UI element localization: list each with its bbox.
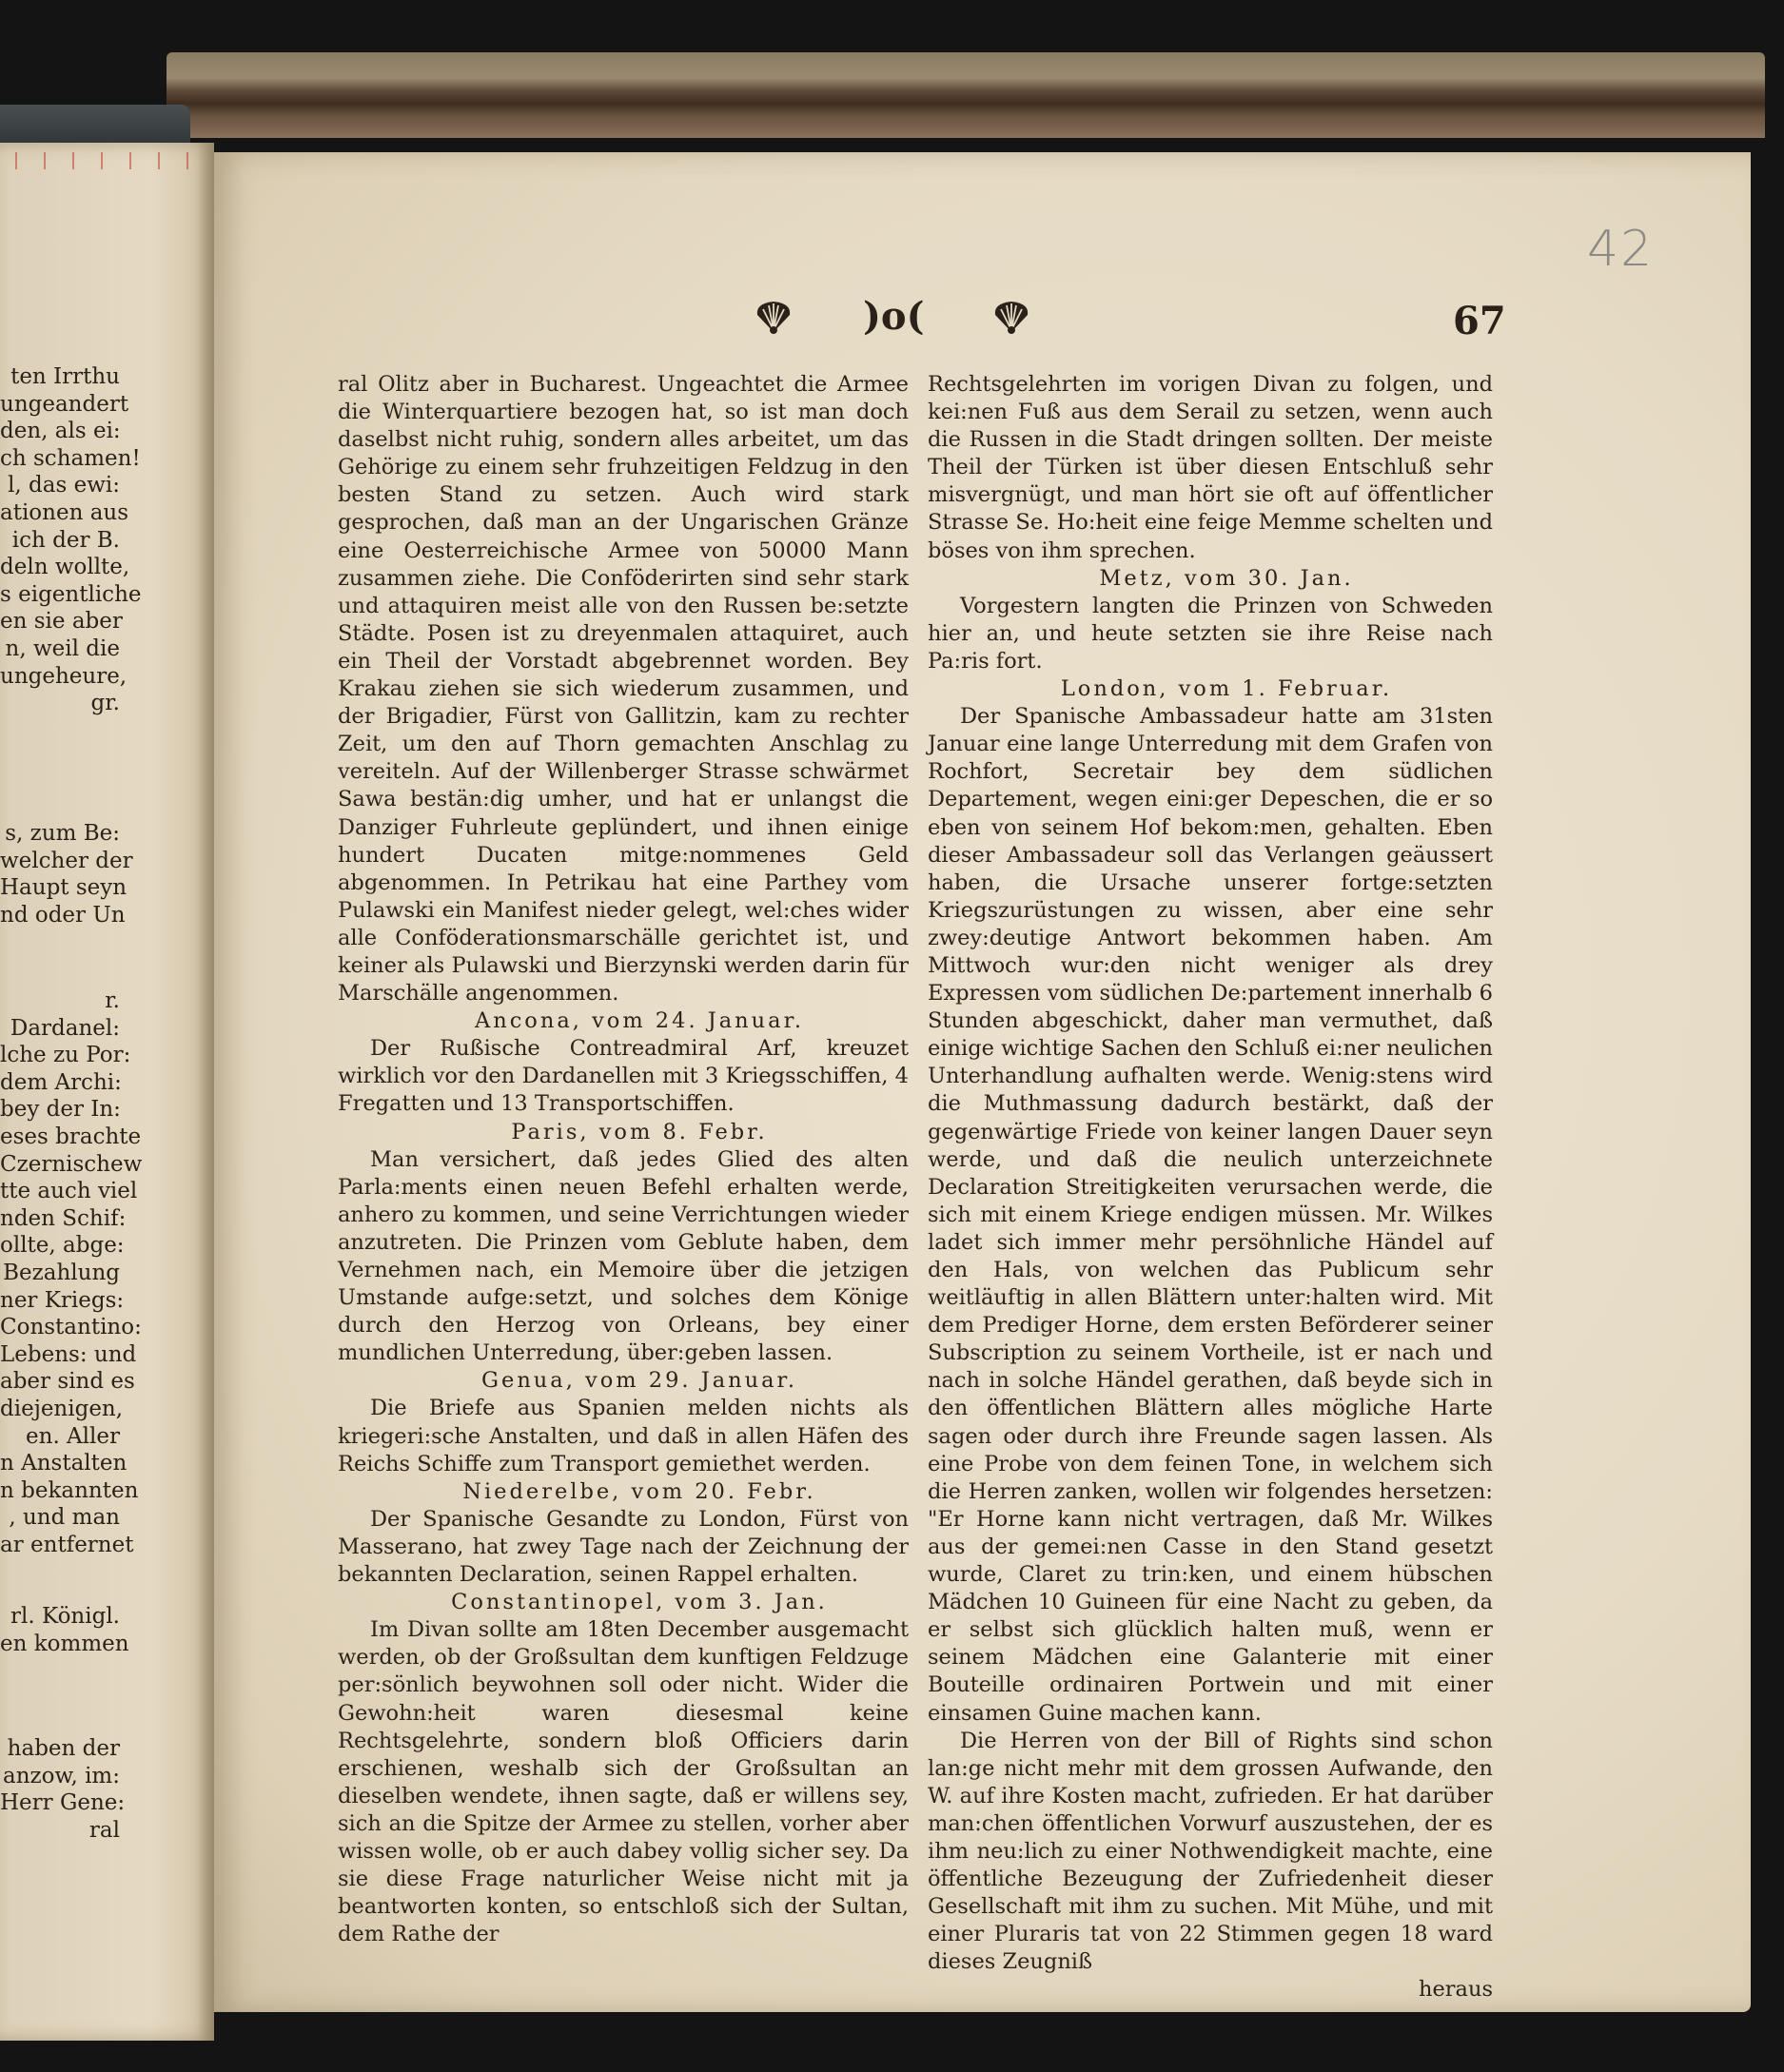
- news-paragraph: Der Spanische Gesandte zu London, Fürst …: [338, 1506, 909, 1589]
- news-paragraph: Vorgestern langten die Prinzen von Schwe…: [928, 593, 1493, 675]
- left-page-block-4: rl. Königl.en kommen: [0, 1603, 120, 1657]
- dateline-heading: Ancona, vom 24. Januar.: [338, 1007, 909, 1035]
- fragment-line: s eigentliche: [0, 581, 120, 609]
- fragment-line: lche zu Por:: [0, 1042, 120, 1069]
- fragment-line: welcher der: [0, 848, 120, 875]
- fragment-line: en kommen: [0, 1631, 120, 1658]
- fragment-line: Constantino:: [0, 1314, 120, 1341]
- fragment-line: Herr Gene:: [0, 1789, 120, 1817]
- fragment-line: en. Aller: [0, 1423, 120, 1451]
- fragment-line: ar entfernet: [0, 1532, 120, 1559]
- fragment-line: nd oder Un: [0, 902, 120, 929]
- dateline-heading: Metz, vom 30. Jan.: [928, 565, 1493, 593]
- dateline-heading: Genua, vom 29. Januar.: [338, 1367, 909, 1395]
- fragment-line: nden Schif:: [0, 1205, 120, 1233]
- fragment-line: bey der In:: [0, 1096, 120, 1124]
- news-paragraph: ral Olitz aber in Bucharest. Ungeachtet …: [338, 371, 909, 1007]
- fragment-line: eses brachte: [0, 1124, 120, 1151]
- fragment-line: haben der: [0, 1735, 120, 1763]
- fragment-line: ungeandert: [0, 391, 120, 419]
- fragment-line: ationen aus: [0, 499, 120, 527]
- left-page-block-1: ten Irrthuungeandertden, als ei:ch scham…: [0, 363, 120, 717]
- shell-ornament-icon: [752, 298, 795, 342]
- news-paragraph: Der Spanische Ambassadeur hatte am 31ste…: [928, 703, 1493, 1727]
- fragment-line: n, weil die: [0, 635, 120, 663]
- left-page-block-2: s, zum Be:welcher derHaupt seynnd oder U…: [0, 820, 120, 928]
- fragment-line: ich der B.: [0, 527, 120, 555]
- fragment-line: ner Kriegs:: [0, 1287, 120, 1315]
- dateline-heading: Constantinopel, vom 3. Jan.: [338, 1589, 909, 1616]
- fragment-line: deln wollte,: [0, 554, 120, 581]
- fragment-line: dem Archi:: [0, 1069, 120, 1097]
- fragment-line: n Anstalten: [0, 1450, 120, 1477]
- pencil-shelfmark: 42: [1587, 221, 1654, 278]
- left-page-block-5: haben deranzow, im:Herr Gene:ral: [0, 1735, 120, 1844]
- left-page-block-3: r.Dardanel:lche zu Por:dem Archi:bey der…: [0, 987, 120, 1558]
- fragment-line: Bezahlung: [0, 1260, 120, 1287]
- book-page-edges: [167, 52, 1765, 138]
- fragment-line: den, als ei:: [0, 418, 120, 445]
- page-number: 67: [1453, 299, 1506, 343]
- shell-ornament-icon: [990, 298, 1033, 342]
- dateline-heading: Paris, vom 8. Febr.: [338, 1119, 909, 1146]
- news-paragraph: Die Herren von der Bill of Rights sind s…: [928, 1728, 1493, 1977]
- fragment-line: aber sind es: [0, 1368, 120, 1396]
- fragment-line: l, das ewi:: [0, 472, 120, 499]
- fragment-line: ral: [0, 1817, 120, 1845]
- dateline-heading: London, vom 1. Februar.: [928, 675, 1493, 703]
- news-paragraph: Man versichert, daß jedes Glied des alte…: [338, 1146, 909, 1368]
- left-text-column: ral Olitz aber in Bucharest. Ungeachtet …: [338, 371, 909, 1948]
- fragment-line: , und man: [0, 1504, 120, 1532]
- fragment-line: Czernischew: [0, 1151, 120, 1179]
- fragment-line: Haupt seyn: [0, 874, 120, 902]
- fragment-line: anzow, im:: [0, 1763, 120, 1790]
- left-page-fragment: ten Irrthuungeandertden, als ei:ch scham…: [0, 143, 214, 2041]
- news-paragraph: Rechtsgelehrten im vorigen Divan zu folg…: [928, 371, 1493, 565]
- right-text-column: Rechtsgelehrten im vorigen Divan zu folg…: [928, 371, 1493, 2004]
- fragment-line: diejenigen,: [0, 1396, 120, 1423]
- catchword: heraus: [928, 1976, 1493, 2004]
- fragment-line: ungeheure,: [0, 663, 120, 691]
- red-sprinkled-edge: [0, 152, 214, 169]
- fragment-line: ch schamen!: [0, 445, 120, 473]
- fragment-line: n bekannten: [0, 1477, 120, 1505]
- news-paragraph: Die Briefe aus Spanien melden nichts als…: [338, 1395, 909, 1477]
- fragment-line: r.: [0, 987, 120, 1015]
- fragment-line: tte auch viel: [0, 1178, 120, 1205]
- fragment-line: Dardanel:: [0, 1015, 120, 1043]
- fragment-line: ten Irrthu: [0, 363, 120, 391]
- news-paragraph: Der Rußische Contreadmiral Arf, kreuzet …: [338, 1035, 909, 1118]
- news-paragraph: Im Divan sollte am 18ten December ausgem…: [338, 1616, 909, 1948]
- fragment-line: rl. Königl.: [0, 1603, 120, 1631]
- dateline-heading: Niederelbe, vom 20. Febr.: [338, 1478, 909, 1506]
- fragment-line: gr.: [0, 690, 120, 717]
- fragment-line: ollte, abge:: [0, 1232, 120, 1260]
- fragment-line: s, zum Be:: [0, 820, 120, 848]
- fragment-line: en sie aber: [0, 608, 120, 635]
- fragment-line: Lebens: und: [0, 1341, 120, 1369]
- header-divider: )o(: [863, 298, 925, 336]
